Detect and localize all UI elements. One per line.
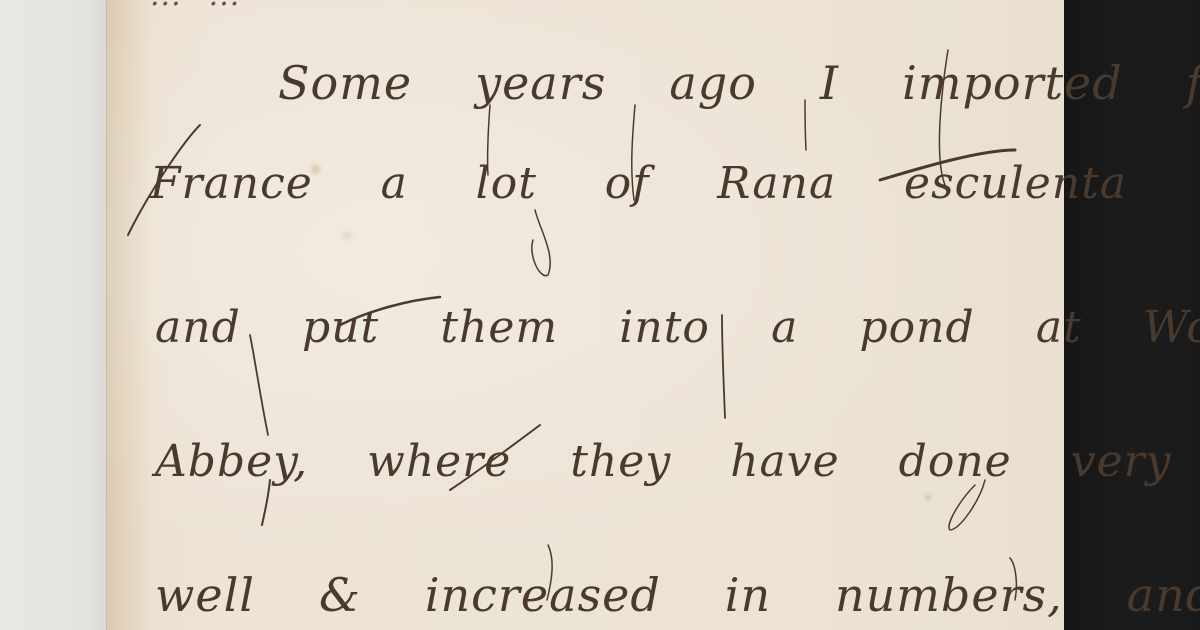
handwriting-line-5: well & increased in numbers, and — [155, 568, 1200, 622]
handwritten-word: ... — [150, 0, 182, 13]
handwritten-word: pond — [859, 302, 974, 353]
handwritten-word: well — [155, 568, 255, 622]
handwriting-line-partial: ... ... — [150, 0, 257, 13]
handwritten-word: ... — [209, 0, 241, 13]
handwriting-line-1: Some years ago I imported from — [278, 56, 1200, 110]
handwritten-word: years — [475, 56, 606, 110]
handwritten-word: Some — [278, 56, 412, 110]
scan-left-margin — [0, 0, 106, 630]
handwritten-word: ago — [669, 56, 757, 110]
handwritten-word: esculenta — [904, 158, 1127, 209]
handwritten-word: a — [771, 302, 798, 353]
handwritten-word: I — [820, 56, 839, 110]
handwritten-word: numbers, — [835, 568, 1063, 622]
manuscript-viewport: ... ... Some years ago I imported from F… — [0, 0, 1200, 630]
handwritten-word: where — [367, 436, 511, 487]
foxing-spot — [926, 495, 930, 499]
handwritten-word: Rana — [717, 158, 836, 209]
handwritten-word: done — [899, 436, 1012, 487]
foxing-spot — [342, 232, 352, 239]
handwritten-word: they — [570, 436, 671, 487]
handwritten-word: them — [440, 302, 558, 353]
handwritten-word: and — [155, 302, 241, 353]
handwritten-word: very — [1071, 436, 1172, 487]
handwriting-line-2: France a lot of Rana esculenta — [150, 158, 1180, 209]
handwritten-word: Abbey, — [155, 436, 308, 487]
handwritten-word: have — [730, 436, 839, 487]
handwritten-word: of — [605, 158, 650, 209]
handwritten-word: put — [302, 302, 379, 353]
handwritten-word: in — [725, 568, 771, 622]
handwritten-word: increased — [425, 568, 661, 622]
handwritten-word: at — [1036, 302, 1082, 353]
handwritten-word: a — [381, 158, 408, 209]
handwritten-word: & — [319, 568, 361, 622]
handwritten-word: imported — [902, 56, 1123, 110]
handwritten-word: lot — [476, 158, 537, 209]
handwritten-word: from — [1186, 56, 1200, 110]
handwritten-word: into — [619, 302, 710, 353]
handwriting-line-3: and put them into a pond at Woburn — [155, 302, 1200, 353]
handwritten-word: France — [150, 158, 313, 209]
handwriting-line-4: Abbey, where they have done very — [155, 436, 1200, 487]
handwritten-word: and — [1127, 568, 1200, 622]
handwritten-word: Woburn — [1143, 302, 1200, 353]
